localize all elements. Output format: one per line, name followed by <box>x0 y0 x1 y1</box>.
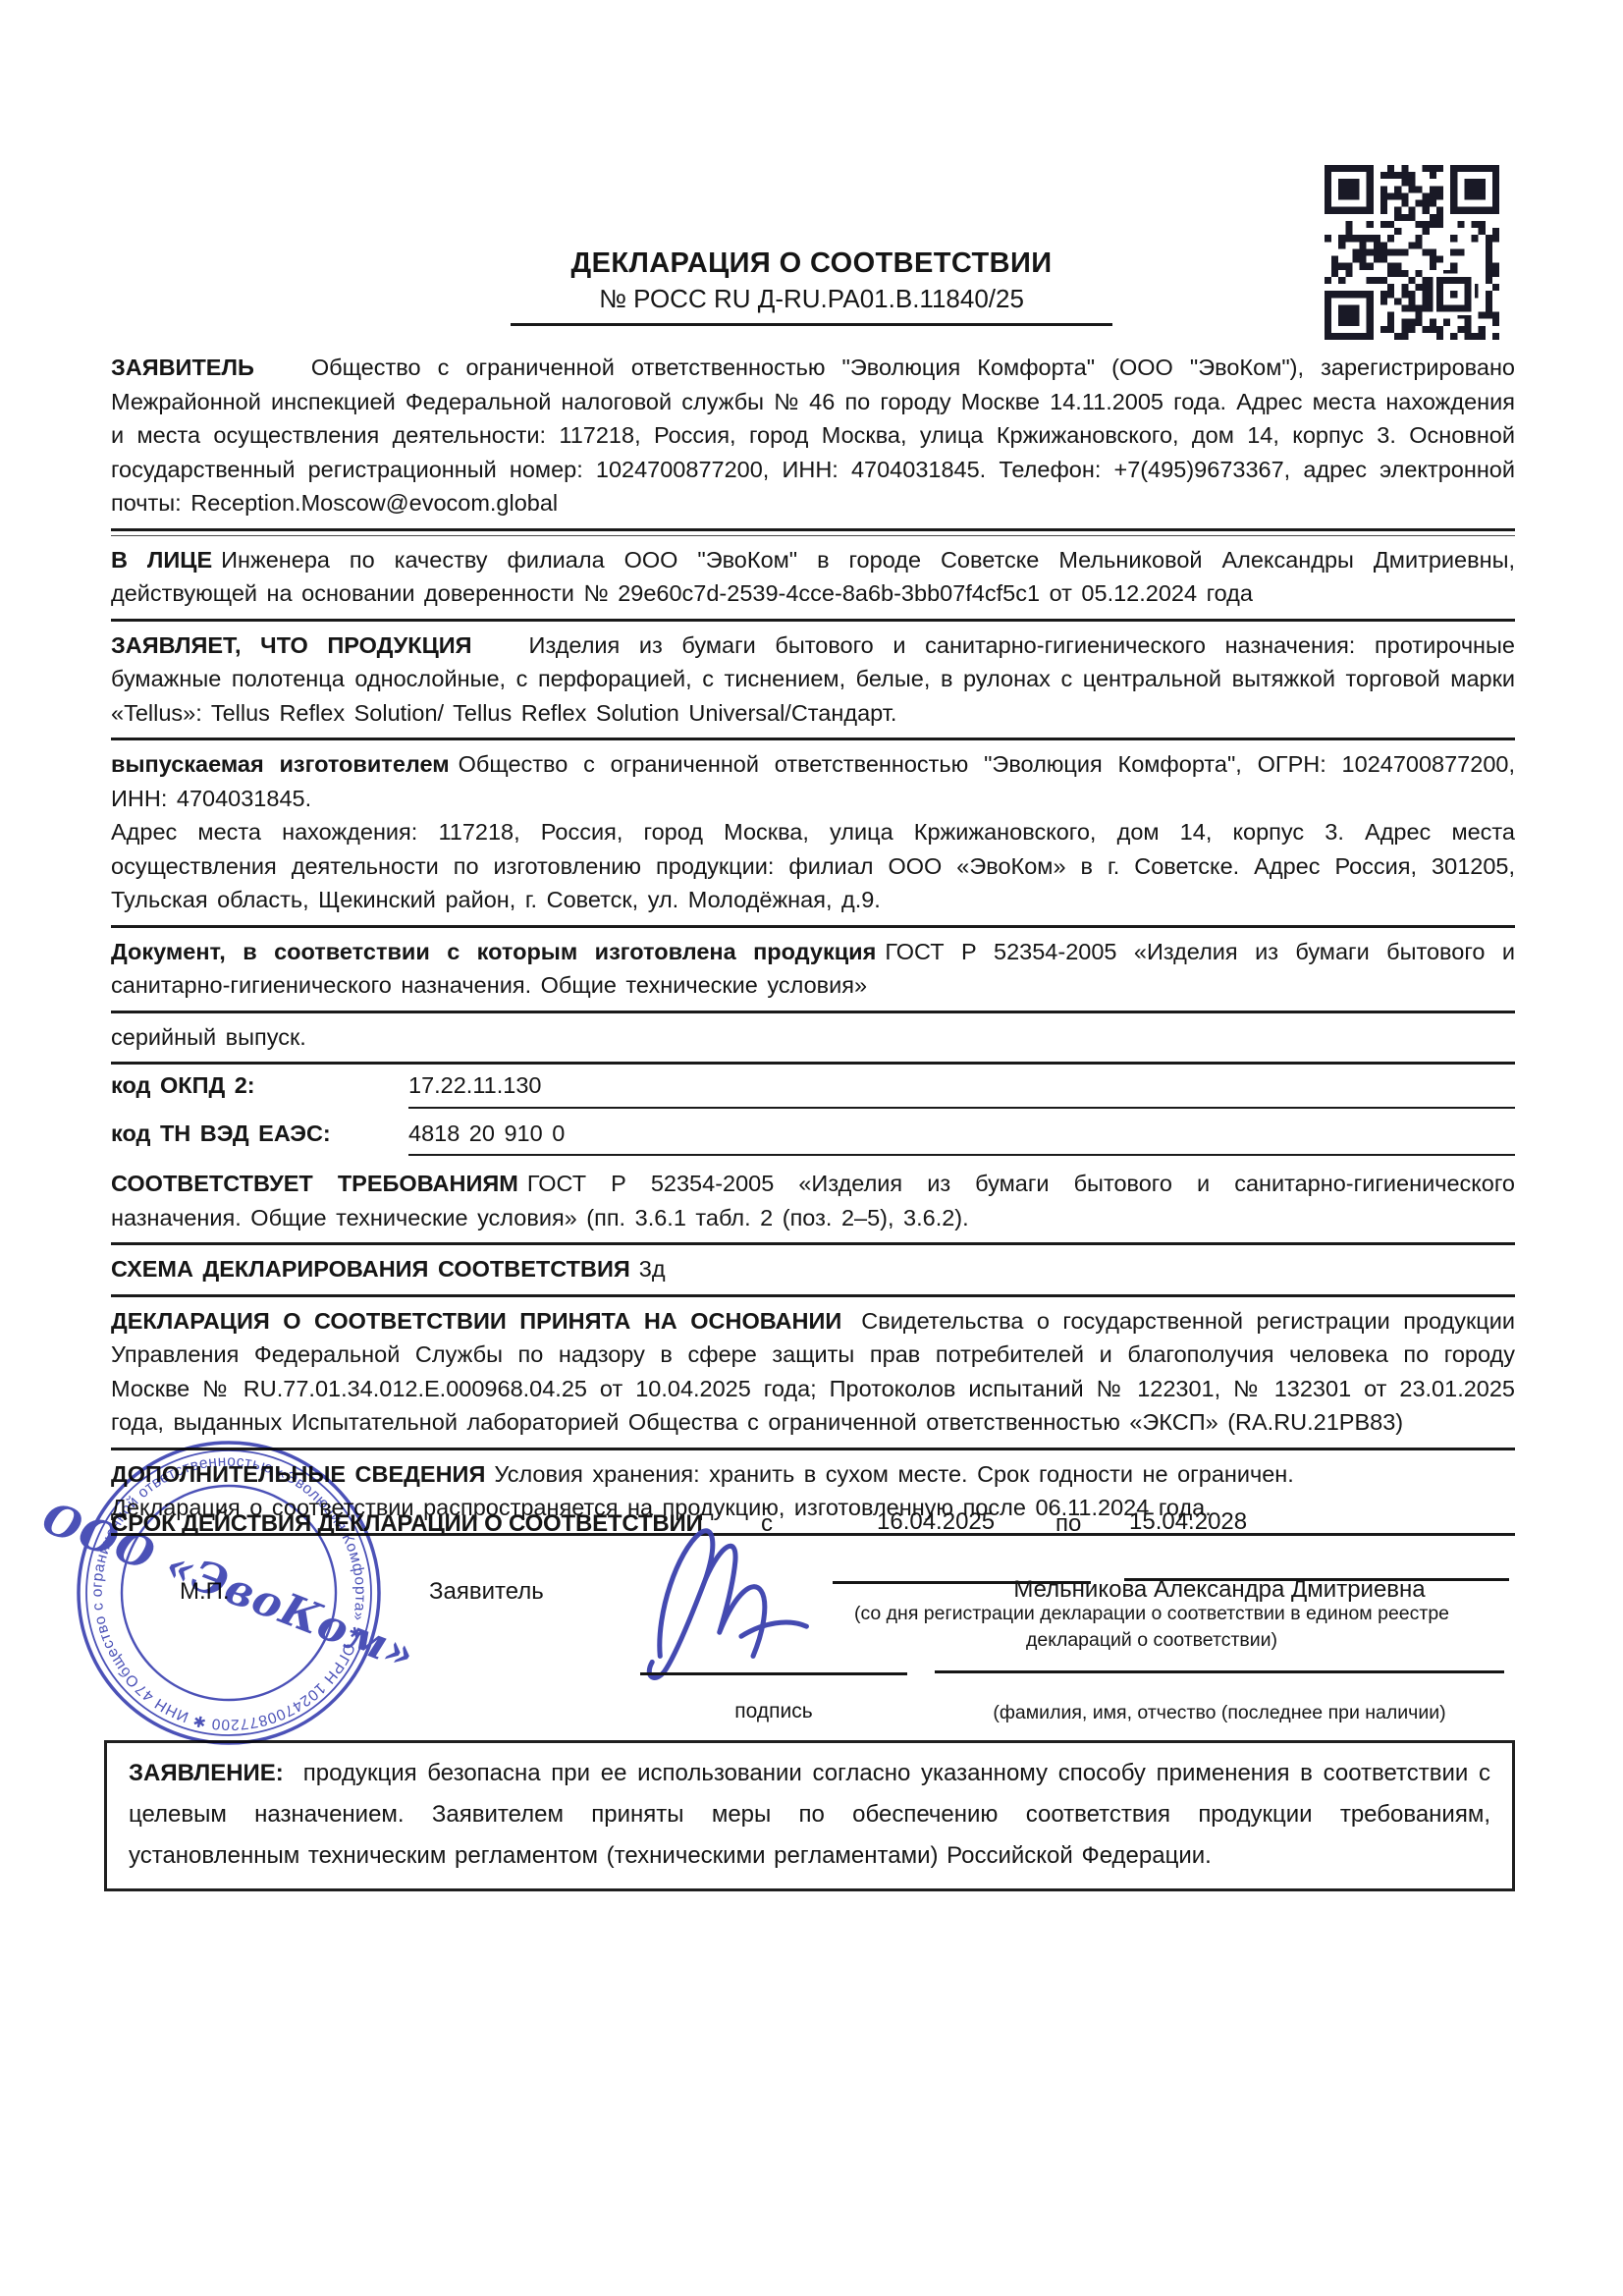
product-label: ЗАЯВЛЯЕТ, ЧТО ПРОДУКЦИЯ <box>111 632 472 658</box>
applicant-label: ЗАЯВИТЕЛЬ <box>111 355 254 380</box>
validity-to-date: 15.04.2028 <box>1129 1508 1247 1536</box>
manufacturer-address: Адрес места нахождения: 117218, Россия, … <box>111 815 1515 917</box>
tnved-value: 4818 20 910 0 <box>408 1117 1515 1157</box>
validity-from-date: 16.04.2025 <box>877 1508 995 1536</box>
conforms-label: СООТВЕТСТВУЕТ ТРЕБОВАНИЯМ <box>111 1171 518 1196</box>
qr-code-icon <box>1325 165 1499 340</box>
section-divider <box>111 1294 1515 1297</box>
name-caption: (фамилия, имя, отчество (последнее при н… <box>935 1702 1504 1724</box>
document-number: № РОСС RU Д-RU.РА01.В.11840/25 <box>511 282 1112 326</box>
okpd-value: 17.22.11.130 <box>408 1068 1515 1109</box>
document-body: ЗАЯВИТЕЛЬОбщество с ограниченной ответст… <box>111 348 1515 1536</box>
stamp-place-label: М.П. <box>180 1578 230 1606</box>
section-divider <box>111 1011 1515 1013</box>
name-line <box>935 1670 1504 1673</box>
manufacturer-label: выпускаемая изготовителем <box>111 751 450 777</box>
section-divider <box>111 1242 1515 1245</box>
signature-line <box>640 1672 907 1675</box>
section-divider <box>111 738 1515 740</box>
row-okpd-code: код ОКПД 2: 17.22.11.130 <box>111 1068 1515 1109</box>
scheme-value: 3д <box>639 1256 666 1282</box>
section-scheme: СХЕМА ДЕКЛАРИРОВАНИЯ СООТВЕТСТВИЯ3д <box>111 1249 1515 1289</box>
additional-label: ДОПОЛНИТЕЛЬНЫЕ СВЕДЕНИЯ <box>111 1461 485 1487</box>
tnved-label: код ТН ВЭД ЕАЭС: <box>111 1117 408 1151</box>
basis-label: ДЕКЛАРАЦИЯ О СООТВЕТСТВИИ ПРИНЯТА НА ОСН… <box>111 1308 841 1334</box>
statement-box: ЗАЯВЛЕНИЕ:продукция безопасна при ее исп… <box>104 1740 1515 1891</box>
scheme-label: СХЕМА ДЕКЛАРИРОВАНИЯ СООТВЕТСТВИЯ <box>111 1256 630 1282</box>
section-divider <box>111 619 1515 622</box>
okpd-label: код ОКПД 2: <box>111 1068 408 1103</box>
statement-label: ЗАЯВЛЕНИЕ: <box>129 1760 284 1786</box>
section-applicant: ЗАЯВИТЕЛЬОбщество с ограниченной ответст… <box>111 348 1515 523</box>
row-tnved-code: код ТН ВЭД ЕАЭС: 4818 20 910 0 <box>111 1117 1515 1157</box>
section-in-face: В ЛИЦЕИнженера по качеству филиала ООО "… <box>111 540 1515 614</box>
applicant-text: Общество с ограниченной ответственностью… <box>111 355 1515 516</box>
section-divider <box>111 528 1515 536</box>
section-divider <box>111 1062 1515 1065</box>
section-conforms: СООТВЕТСТВУЕТ ТРЕБОВАНИЯМГОСТ Р 52354-20… <box>111 1164 1515 1237</box>
section-product: ЗАЯВЛЯЕТ, ЧТО ПРОДУКЦИЯИзделия из бумаги… <box>111 626 1515 734</box>
validity-label: СРОК ДЕЙСТВИЯ ДЕКЛАРАЦИИ О СООТВЕТСТВИИ <box>111 1510 703 1538</box>
signatory-name: Мельникова Александра Дмитриевна <box>935 1576 1504 1604</box>
signing-section: М.П. Заявитель Мельникова Александра Дми… <box>0 1566 1623 1763</box>
applicant-role-label: Заявитель <box>429 1578 544 1606</box>
statement-text: продукция безопасна при ее использовании… <box>129 1760 1490 1869</box>
section-divider <box>111 1448 1515 1450</box>
section-document-standard: Документ, в соответствии с которым изгот… <box>111 932 1515 1006</box>
signature-ink <box>626 1515 874 1698</box>
in-face-text: Инженера по качеству филиала ООО "ЭвоКом… <box>111 547 1515 607</box>
additional-text: Условия хранения: хранить в сухом месте.… <box>494 1461 1293 1487</box>
in-face-label: В ЛИЦЕ <box>111 547 212 573</box>
section-basis: ДЕКЛАРАЦИЯ О СООТВЕТСТВИИ ПРИНЯТА НА ОСН… <box>111 1301 1515 1443</box>
declaration-document: ДЕКЛАРАЦИЯ О СООТВЕТСТВИИ № РОСС RU Д-RU… <box>0 0 1623 2296</box>
section-serial-release: серийный выпуск. <box>111 1017 1515 1058</box>
document-standard-label: Документ, в соответствии с которым изгот… <box>111 939 876 964</box>
signature-caption: подпись <box>640 1700 907 1723</box>
section-manufacturer: выпускаемая изготовителемОбщество с огра… <box>111 744 1515 920</box>
validity-to-label: по <box>1055 1510 1081 1538</box>
section-divider <box>111 925 1515 928</box>
